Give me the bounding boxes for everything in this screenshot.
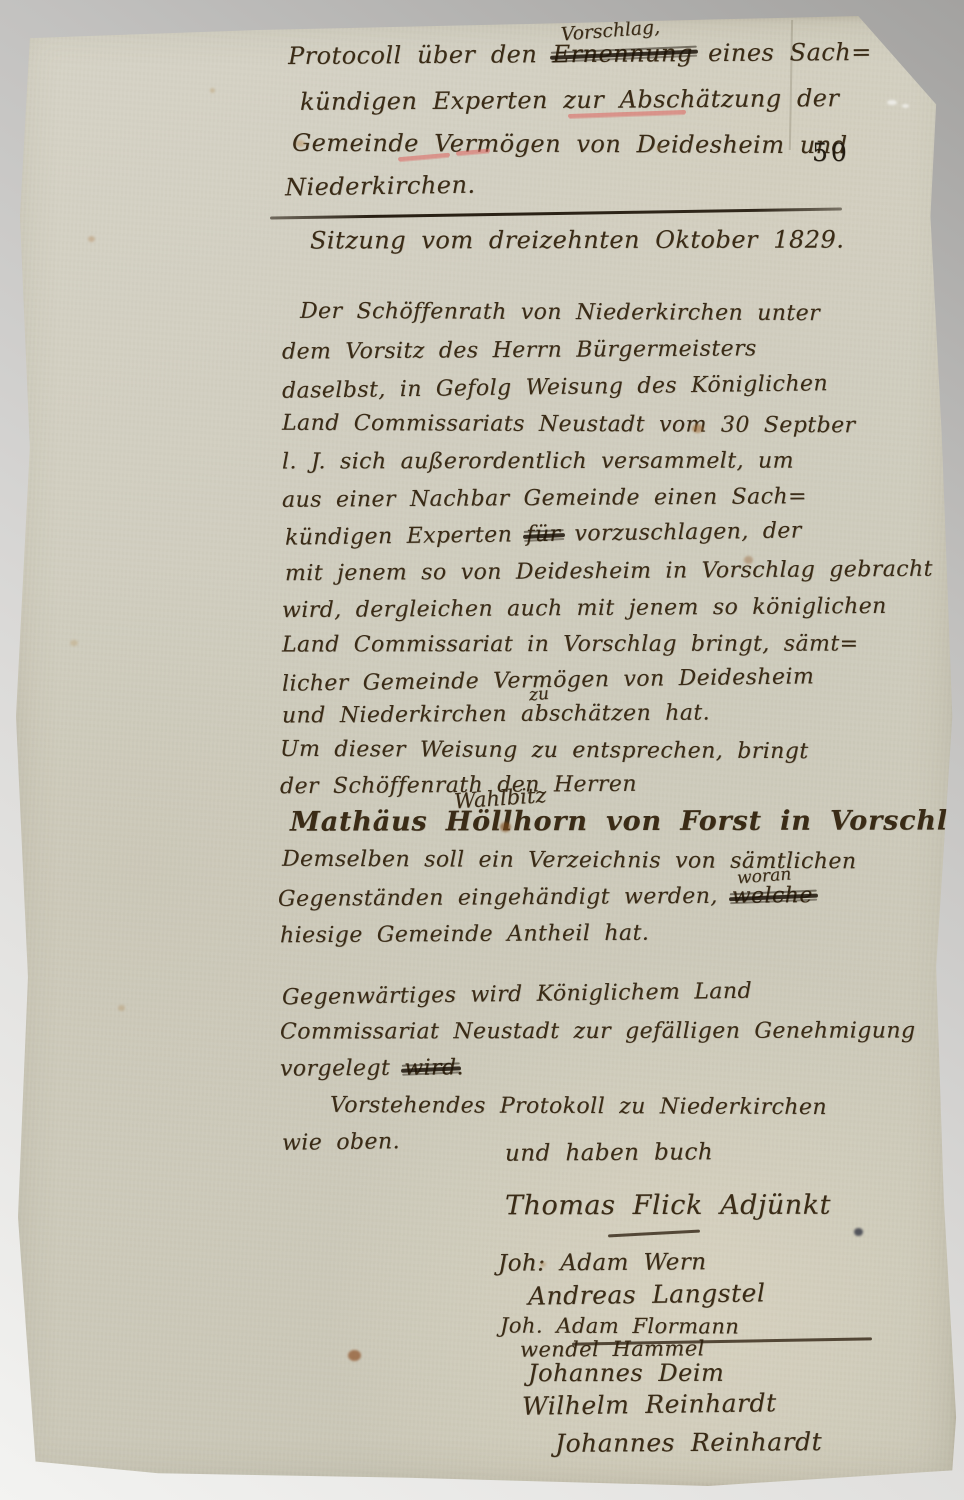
paper-stain [88,236,95,242]
page-number: 50 [812,138,850,167]
paper-stain [692,424,703,433]
paper-stain [540,1262,546,1267]
paper-stain [887,100,897,105]
paper-stain [70,640,78,646]
manuscript-paper: Protocoll über den ErnennungVorschlag, e… [8,16,958,1488]
heading-underline [270,208,842,220]
paper-stain [118,1005,125,1011]
ink-flourish [572,1337,872,1345]
paper-stain [744,556,753,564]
paper-stain [296,140,305,147]
red-chalk-mark [568,110,686,118]
red-chalk-mark [398,153,450,162]
paper-stain [854,1228,863,1236]
red-chalk-mark [456,149,490,156]
paper-stain [348,1350,361,1361]
paper-stain [210,88,215,93]
paper-stain [656,146,662,151]
photo-background: Protocoll über den ErnennungVorschlag, e… [0,0,964,1500]
paper-stain [500,822,511,832]
marks-layer: 50 [8,16,958,1488]
ink-flourish [608,1230,700,1238]
paper-stain [902,104,909,108]
